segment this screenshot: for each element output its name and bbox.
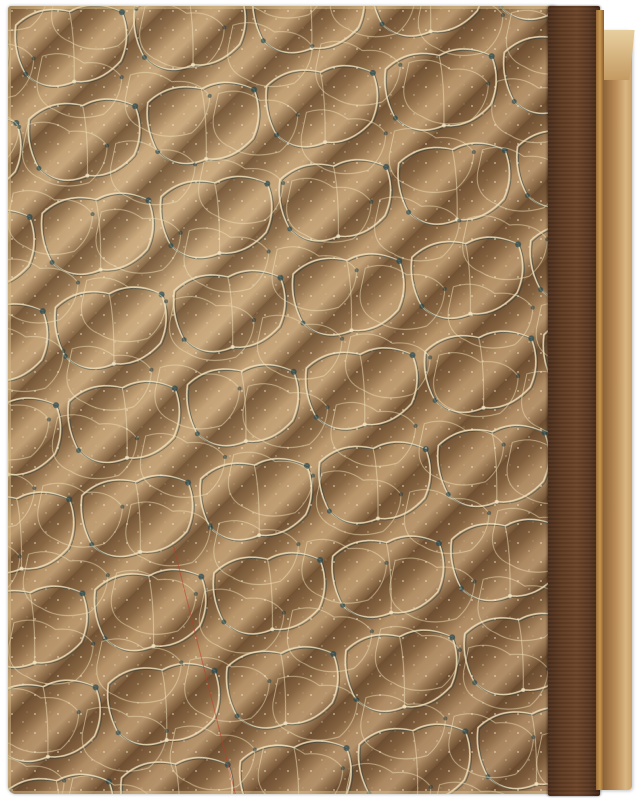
leather-spine xyxy=(548,6,600,796)
marbled-cover xyxy=(8,6,556,794)
spine-worn-edge xyxy=(596,10,604,790)
marble-vein-pattern xyxy=(8,6,556,794)
book-photo xyxy=(0,0,642,800)
